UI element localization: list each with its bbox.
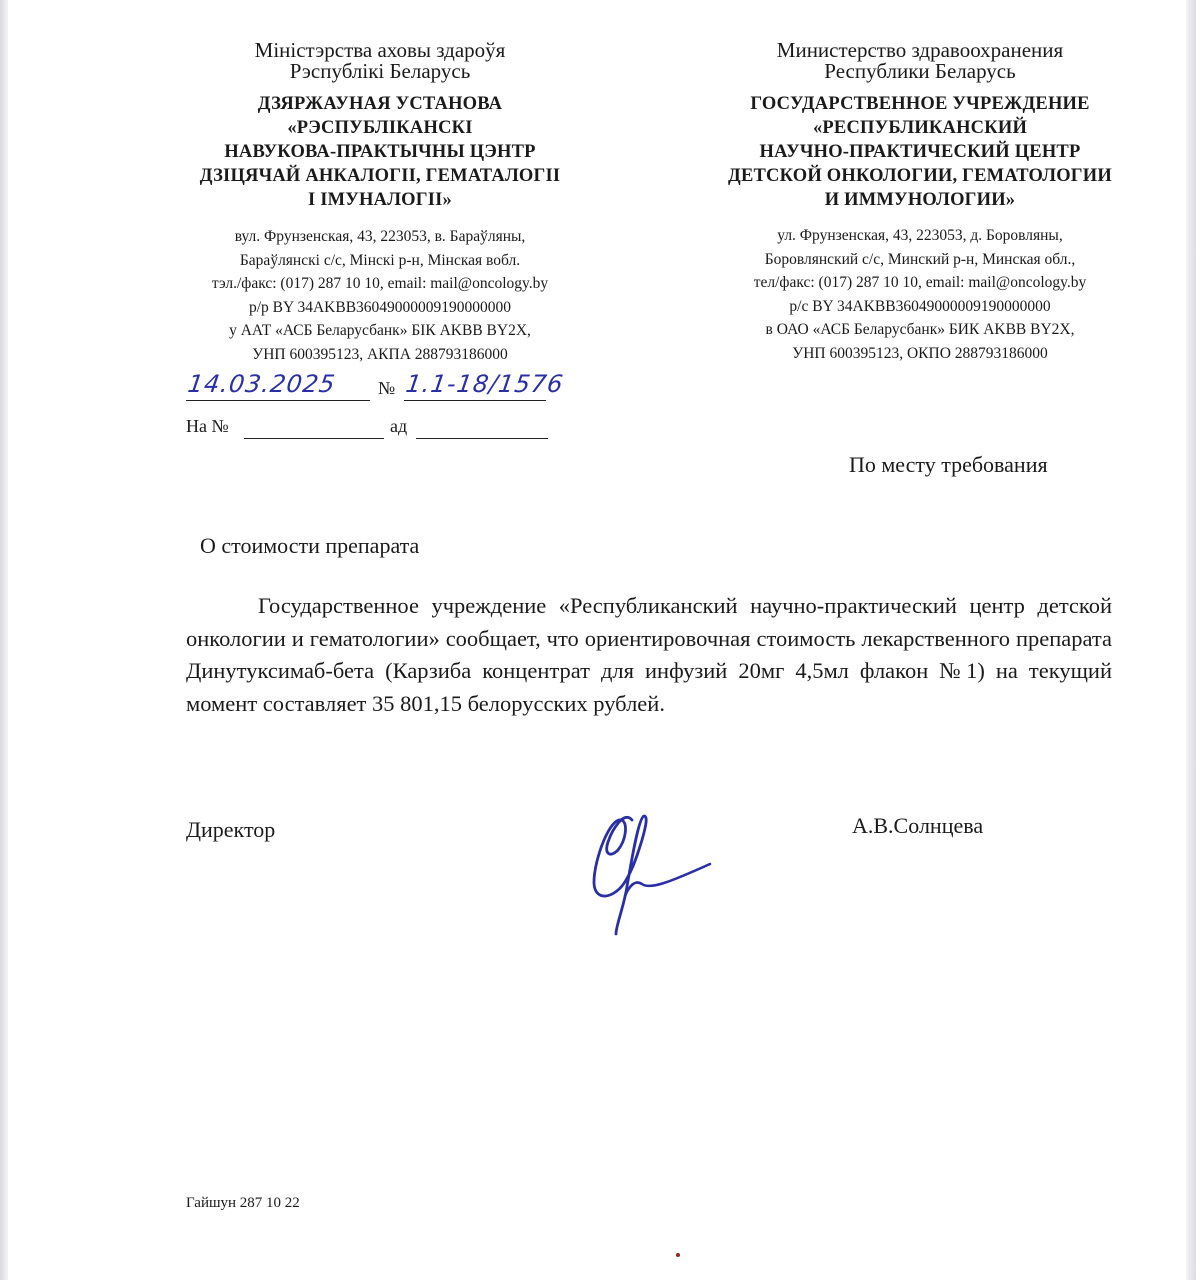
date-underline (186, 400, 370, 401)
incoming-reg-row: На № ад (186, 404, 606, 438)
reply-number-line (244, 438, 384, 439)
reply-to-label: На № (186, 416, 229, 437)
letter-body: Государственное учреждение «Республиканс… (186, 590, 1112, 720)
letter-subject: О стоимости препарата (200, 533, 419, 559)
signatory-name: А.В.Солнцева (852, 813, 983, 839)
signatory-title: Директор (186, 817, 275, 843)
page-right-edge (1186, 0, 1196, 1280)
number-label: № (378, 378, 395, 399)
number-underline (404, 400, 546, 401)
addressee: По месту требования (849, 452, 1048, 478)
scan-artifact-dot (676, 1253, 680, 1257)
ministry-name-ru: Министерство здравоохранения Республики … (700, 40, 1140, 82)
page-left-edge (0, 0, 8, 1280)
reg-date: 14.03.2025 (186, 370, 337, 398)
organization-address-ru: ул. Фрунзенская, 43, 223053, д. Боровлян… (700, 224, 1140, 365)
letter-body-text: Государственное учреждение «Республиканс… (186, 593, 1112, 716)
executor-contact: Гайшун 287 10 22 (186, 1195, 300, 1212)
ministry-name-be: Міністэрства аховы здароўя Рэспублікі Бе… (170, 40, 590, 82)
organization-name-be: ДЗЯРЖАУНАЯ УСТАНОВА «РЭСПУБЛІКАНСКІ НАВУ… (170, 92, 590, 212)
registration-block: 14.03.2025 № 1.1-18/1576 На № ад (186, 370, 606, 438)
reg-number: 1.1-18/1576 (404, 370, 565, 398)
organization-name-ru: ГОСУДАРСТВЕННОЕ УЧРЕЖДЕНИЕ «РЕСПУБЛИКАНС… (700, 92, 1140, 212)
reply-date-line (416, 438, 548, 439)
organization-address-be: вул. Фрунзенская, 43, 223053, в. Бараўля… (170, 225, 590, 366)
handwritten-signature-icon (570, 800, 740, 950)
outgoing-reg-row: 14.03.2025 № 1.1-18/1576 (186, 370, 606, 404)
from-label: ад (390, 416, 407, 437)
letterhead-russian: Министерство здравоохранения Республики … (700, 40, 1140, 365)
letterhead-belarusian: Міністэрства аховы здароўя Рэспублікі Бе… (170, 40, 590, 366)
